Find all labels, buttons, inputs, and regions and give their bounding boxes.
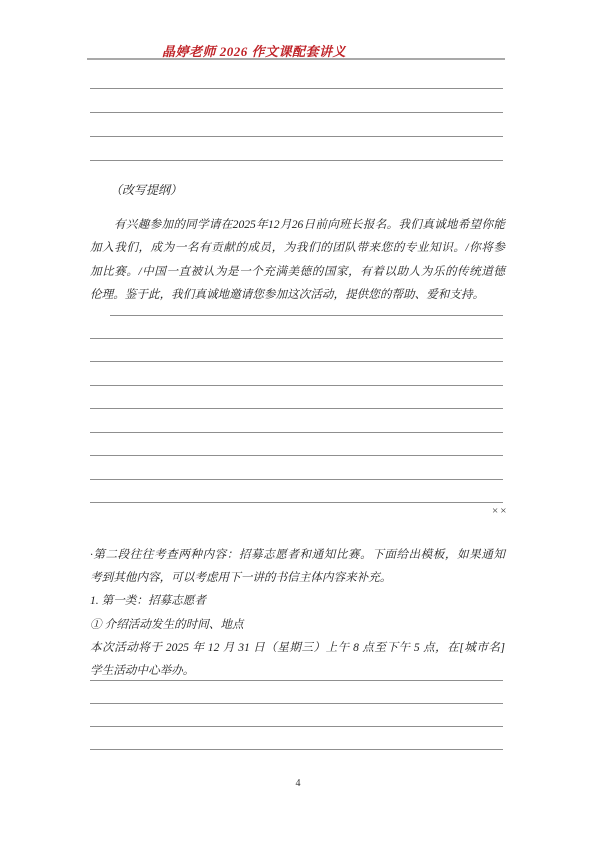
answer-line (90, 112, 503, 113)
list-item-point1: ① 介绍活动发生的时间、地点 (90, 613, 505, 636)
answer-line (90, 680, 503, 681)
answer-line (90, 479, 503, 480)
answer-line (90, 385, 503, 386)
answer-line (90, 502, 503, 503)
template-line: 本次活动将于 2025 年 12 月 31 日（星期三）上午 8 点至下午 5 … (90, 636, 505, 659)
paragraph-line: 伦理。鉴于此，我们真诚地邀请您参加这次活动，提供您的帮助、爱和支持。 (90, 283, 505, 306)
answer-line (90, 726, 503, 727)
answer-line (90, 408, 503, 409)
answer-line (90, 361, 503, 362)
rewrite-outline-label: （改写提纲） (110, 181, 182, 198)
note-paragraph: ·第二段往往考查两种内容：招募志愿者和通知比赛。下面给出模板，如果通知 考到其他… (90, 543, 505, 589)
correction-mark: ×× (492, 505, 508, 517)
answer-line (110, 315, 503, 316)
note-line: 考到其他内容，可以考虑用下一讲的书信主体内容来补充。 (90, 566, 505, 589)
answer-line (90, 432, 503, 433)
header-rule (87, 58, 505, 60)
template-paragraph: 本次活动将于 2025 年 12 月 31 日（星期三）上午 8 点至下午 5 … (90, 636, 505, 682)
notes-section: ·第二段往往考查两种内容：招募志愿者和通知比赛。下面给出模板，如果通知 考到其他… (90, 543, 505, 682)
page-number: 4 (0, 778, 596, 789)
list-item-first-type: 1. 第一类：招募志愿者 (90, 589, 505, 612)
paragraph-line: 加入我们，成为一名有贡献的成员，为我们的团队带来您的专业知识。/你将参 (90, 236, 505, 259)
answer-line (90, 455, 503, 456)
answer-line (90, 749, 503, 750)
answer-line (90, 703, 503, 704)
paragraph-line: 加比赛。/中国一直被认为是一个充满美德的国家，有着以助人为乐的传统道德 (90, 260, 505, 283)
paragraph-line: 有兴趣参加的同学请在2025年12月26日前向班长报名。我们真诚地希望你能 (90, 213, 505, 236)
rewrite-paragraph: 有兴趣参加的同学请在2025年12月26日前向班长报名。我们真诚地希望你能 加入… (90, 213, 505, 306)
answer-line (90, 160, 503, 161)
answer-line (90, 88, 503, 89)
note-line: ·第二段往往考查两种内容：招募志愿者和通知比赛。下面给出模板，如果通知 (90, 543, 505, 566)
document-page: 晶婷老师 2026 作文课配套讲义 （改写提纲） 有兴趣参加的同学请在2025年… (0, 0, 596, 842)
answer-line (90, 338, 503, 339)
answer-line (90, 136, 503, 137)
